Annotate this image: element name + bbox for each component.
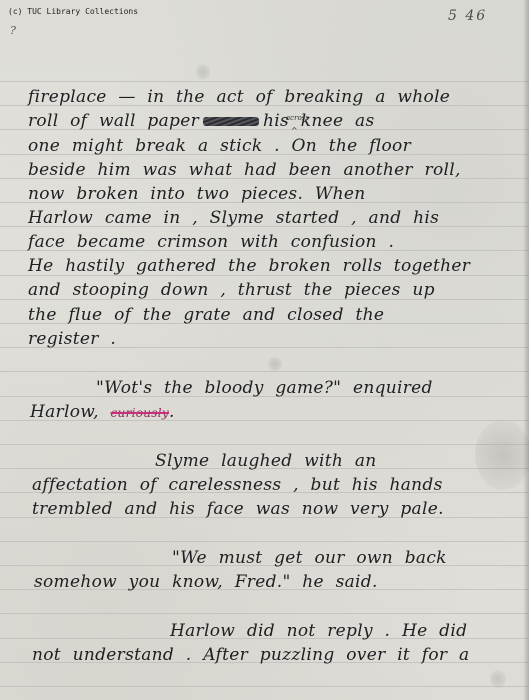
manuscript-line: affectation of carelessness , but his ha…: [32, 475, 443, 495]
manuscript-line: trembled and his face was now very pale.: [32, 499, 444, 519]
manuscript-line: and stooping down , thrust the pieces up: [28, 280, 435, 300]
manuscript-line: He hastily gathered the broken rolls tog…: [28, 256, 470, 276]
manuscript-line: roll of wall paperagainsthis knee as: [28, 111, 374, 131]
line-text: his knee as: [263, 111, 374, 131]
manuscript-line: now broken into two pieces. When: [28, 184, 366, 204]
manuscript-line: somehow you know, Fred." he said.: [34, 572, 378, 592]
line-text: .: [169, 402, 175, 422]
line-text: Harlow,: [30, 402, 99, 422]
manuscript-line: Harlow came in , Slyme started , and his: [28, 208, 439, 228]
insertion-caret: ^: [291, 126, 298, 135]
manuscript-text: fireplace — in the act of breaking a who…: [0, 0, 529, 700]
manuscript-line: Harlow, curiously.: [30, 402, 175, 422]
manuscript-line: one might break a stick . On the floor: [28, 136, 411, 156]
manuscript-line: "Wot's the bloody game?" enquired: [96, 378, 433, 398]
inserted-word: across: [286, 114, 309, 122]
manuscript-line: beside him was what had been another rol…: [28, 160, 461, 180]
line-text: roll of wall paper: [28, 111, 199, 131]
manuscript-line: not understand . After puzzling over it …: [32, 645, 469, 665]
manuscript-line: "We must get our own back: [172, 548, 447, 568]
manuscript-line: face became crimson with confusion .: [28, 232, 394, 252]
manuscript-page: (c) TUC Library Collections 5 46 ? firep…: [0, 0, 529, 700]
scribbled-out-word: against: [203, 117, 259, 126]
struck-word-pink: curiously: [111, 406, 169, 420]
manuscript-line: Slyme laughed with an: [155, 451, 377, 471]
manuscript-line: Harlow did not reply . He did: [170, 621, 467, 641]
manuscript-line: fireplace — in the act of breaking a who…: [28, 87, 450, 107]
manuscript-line: register .: [28, 329, 116, 349]
manuscript-line: the flue of the grate and closed the: [28, 305, 384, 325]
